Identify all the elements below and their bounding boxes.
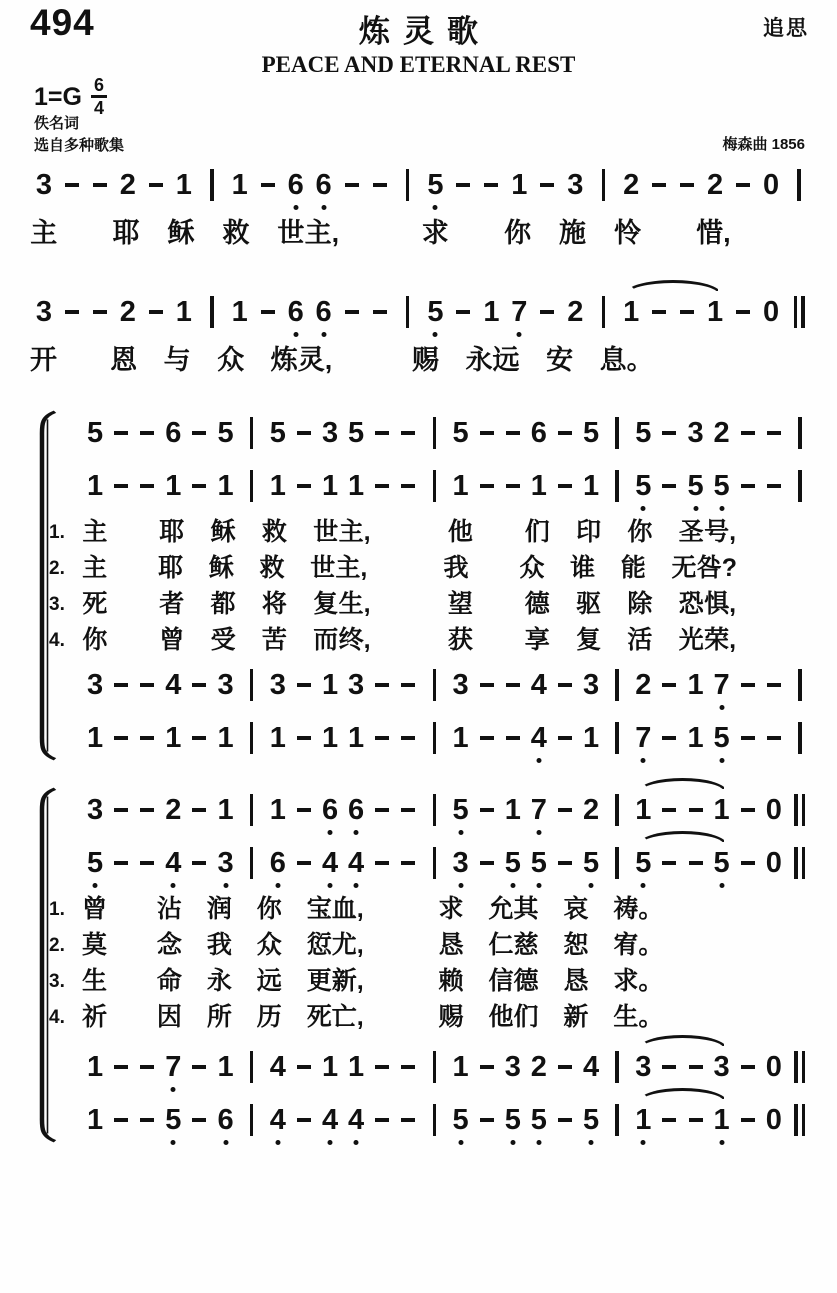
barline-stroke — [798, 470, 802, 502]
octave-dot — [354, 830, 359, 835]
note: 2 — [617, 171, 645, 200]
dash-mark — [680, 310, 694, 315]
octave-dot — [223, 1140, 228, 1145]
lyric-syllable: 息。 — [600, 347, 654, 374]
dash-mark — [192, 861, 206, 866]
barline — [787, 722, 813, 754]
octave-dot — [275, 1140, 280, 1145]
note: 3 — [448, 671, 474, 700]
dash-mark — [149, 183, 163, 188]
lyric-syllable: 圣 — [678, 520, 704, 545]
octave-dot — [589, 1140, 594, 1145]
lyric-syllable: 他 — [488, 1005, 513, 1030]
sustain-dash — [552, 1118, 578, 1123]
note: 3 — [82, 671, 108, 700]
lyric-syllable: 活 — [627, 628, 653, 653]
note: 2 — [114, 171, 142, 200]
lyric-syllable: 开 — [30, 347, 57, 374]
octave-dot — [536, 758, 541, 763]
lyric-syllable: 获 — [447, 628, 473, 653]
lyric-syllable: 们 — [513, 1005, 538, 1030]
barline — [421, 470, 447, 502]
note-low-octave: 5 — [500, 1106, 526, 1135]
sustain-dash — [366, 310, 394, 315]
sustain-dash — [108, 1118, 134, 1123]
octave-dot — [293, 205, 298, 210]
barline-stroke — [433, 669, 437, 701]
verse-block: 1.主耶稣救世主,他们印你圣号,2.主耶稣救世主,我众谁能无咎?3.死者都将复生… — [82, 517, 813, 656]
lyric-syllable: 哀 — [563, 897, 588, 922]
note: 1 — [578, 472, 604, 501]
lyric-line: 莫念我众愆尤,恳仁慈恕宥。 — [82, 930, 813, 961]
octave-dot — [171, 1140, 176, 1145]
barline-stroke — [433, 417, 437, 449]
lyric-syllable: 耶 — [159, 520, 185, 545]
note-low-octave: 4 — [343, 1106, 369, 1135]
barline-stroke — [406, 296, 410, 328]
notation-line: 1564445555110 — [82, 1103, 813, 1137]
dash-mark — [662, 808, 676, 813]
lyric-syllable: 求。 — [613, 969, 663, 994]
dash-mark — [456, 310, 470, 315]
barline — [239, 1051, 265, 1083]
lyric-syllable: 荣, — [704, 628, 736, 653]
note: 3 — [578, 671, 604, 700]
sustain-dash — [474, 861, 500, 866]
lyric-syllable: 众 — [519, 556, 544, 581]
meter-denominator: 4 — [91, 98, 107, 117]
dash-mark — [689, 808, 703, 813]
note: 1 — [82, 1106, 108, 1135]
sustain-dash — [552, 1065, 578, 1070]
octave-dot — [223, 883, 228, 888]
lyric-syllable: 沾 — [157, 897, 182, 922]
lyric-syllable: 新, — [332, 969, 364, 994]
meter-numerator: 6 — [91, 76, 107, 98]
sustain-dash — [656, 808, 682, 813]
dash-mark — [662, 683, 676, 688]
lyric-line: 主耶稣救世主,求你施怜惜, — [30, 215, 813, 251]
octave-dot — [641, 1140, 646, 1145]
note: 1 — [617, 298, 645, 327]
lyric-syllable: 众 — [217, 347, 244, 374]
lyric-syllable: 稣 — [167, 220, 194, 247]
lyric-syllable: 望 — [447, 592, 473, 617]
sustain-dash — [552, 808, 578, 813]
note-low-octave: 4 — [343, 849, 369, 878]
sustain-dash — [474, 736, 500, 741]
lyric-syllable: 曾 — [159, 628, 185, 653]
barline-stroke — [250, 847, 254, 879]
dash-mark — [401, 683, 415, 688]
sustain-dash — [134, 484, 160, 489]
octave-dot — [510, 1140, 515, 1145]
note: 3 — [561, 171, 589, 200]
dash-mark — [375, 1065, 389, 1070]
barline-stroke — [798, 669, 802, 701]
barline — [421, 794, 447, 826]
note: 6 — [160, 419, 186, 448]
sustain-dash — [395, 484, 421, 489]
barline-stroke — [433, 1051, 437, 1083]
note: 2 — [561, 298, 589, 327]
dash-mark — [140, 1065, 154, 1070]
octave-dot — [510, 883, 515, 888]
lyric-syllable: 赐 — [412, 347, 439, 374]
dash-mark — [114, 1065, 128, 1070]
dash-mark — [741, 861, 755, 866]
lyric-syllable: 救 — [262, 520, 288, 545]
dash-mark — [93, 183, 107, 188]
note: 2 — [578, 796, 604, 825]
note: 0 — [761, 1053, 787, 1082]
dash-mark — [662, 1118, 676, 1123]
sustain-dash — [474, 1118, 500, 1123]
dash-mark — [375, 808, 389, 813]
note-low-octave: 7 — [160, 1053, 186, 1082]
note: 3 — [682, 419, 708, 448]
dash-mark — [662, 1065, 676, 1070]
dash-mark — [506, 736, 520, 741]
dash-mark — [375, 1118, 389, 1123]
verse-line: 1.主耶稣救世主,他们印你圣号, — [82, 517, 813, 548]
lyric-syllable: 稣 — [209, 556, 234, 581]
octave-dot — [458, 1140, 463, 1145]
dash-mark — [297, 861, 311, 866]
note: 3 — [30, 298, 58, 327]
note: 1 — [213, 724, 239, 753]
dash-mark — [736, 310, 750, 315]
sustain-dash — [134, 431, 160, 436]
lyric-line: 主耶稣救世主,我众谁能无咎? — [82, 553, 813, 584]
dash-mark — [689, 1118, 703, 1123]
verse-number: 2. — [49, 558, 65, 580]
lyric-syllable: 怜 — [614, 220, 641, 247]
barline — [785, 169, 813, 201]
note: 1 — [505, 171, 533, 200]
lyric-syllable: 赖 — [439, 969, 464, 994]
sustain-dash — [449, 310, 477, 315]
lyric-syllable: 信 — [488, 969, 513, 994]
note: 1 — [317, 472, 343, 501]
lyric-syllable: 主 — [82, 520, 108, 545]
octave-dot — [171, 883, 176, 888]
note: 1 — [448, 472, 474, 501]
dash-mark — [558, 431, 572, 436]
sustain-dash — [291, 1065, 317, 1070]
sustain-dash — [134, 861, 160, 866]
verse-line: 4.你曾受苦而终,获享复活光荣, — [82, 625, 813, 656]
barline-stroke — [250, 794, 254, 826]
sustain-dash — [761, 431, 787, 436]
sustain-dash — [186, 736, 212, 741]
sustain-dash — [552, 431, 578, 436]
notation-line: 3211665172110 — [30, 295, 813, 329]
sustain-dash — [395, 431, 421, 436]
note-low-octave: 5 — [709, 472, 735, 501]
lyric-syllable: 我 — [207, 933, 232, 958]
note-low-octave: 5 — [421, 298, 449, 327]
lyric-syllable: 死 — [82, 592, 108, 617]
dash-mark — [297, 431, 311, 436]
dash-mark — [140, 484, 154, 489]
note-low-octave: 5 — [82, 849, 108, 878]
sustain-dash — [735, 861, 761, 866]
lyric-syllable: 恳 — [439, 933, 464, 958]
lower-voices: 17141113243301564445555110 — [82, 1050, 813, 1137]
note: 4 — [160, 671, 186, 700]
sustain-dash — [86, 310, 114, 315]
dash-mark — [680, 183, 694, 188]
barline — [239, 722, 265, 754]
note: 3 — [265, 671, 291, 700]
lyric-syllable: 恳 — [563, 969, 588, 994]
sustain-dash — [186, 484, 212, 489]
barline-stroke — [802, 1051, 806, 1083]
lower-voices: 343313343217111111141715 — [82, 668, 813, 755]
sustain-dash — [656, 1118, 682, 1123]
note: 1 — [226, 298, 254, 327]
octave-dot — [693, 506, 698, 511]
lyric-line: 主耶稣救世主,他们印你圣号, — [82, 517, 813, 548]
note-low-octave: 5 — [682, 472, 708, 501]
lyric-syllable: 享 — [524, 628, 550, 653]
octave-dot — [275, 883, 280, 888]
barline-stroke — [615, 794, 619, 826]
lyric-syllable: 我 — [443, 556, 468, 581]
dash-mark — [140, 861, 154, 866]
sheet-music-page: 494 炼灵歌 追思 PEACE AND ETERNAL REST 1=G64 … — [0, 0, 837, 1293]
barline-stroke — [802, 1104, 806, 1136]
sustain-dash — [291, 736, 317, 741]
sustain-dash — [500, 683, 526, 688]
sustain-dash — [291, 484, 317, 489]
lyric-line: 你曾受苦而终,获享复活光荣, — [82, 625, 813, 656]
dash-mark — [558, 484, 572, 489]
note: 1 — [526, 472, 552, 501]
octave-dot — [458, 883, 463, 888]
sustain-dash — [142, 310, 170, 315]
verse-line: 1.曾沾润你宝血,求允其哀祷。 — [82, 894, 813, 925]
note: 3 — [30, 171, 58, 200]
note-low-octave: 5 — [421, 171, 449, 200]
octave-dot — [589, 883, 594, 888]
music-content: 321166513220主耶稣救世主,求你施怜惜,3211665172110开恩… — [0, 168, 837, 1137]
note: 1 — [170, 171, 198, 200]
sustain-dash — [761, 484, 787, 489]
dash-mark — [484, 183, 498, 188]
dash-mark — [401, 736, 415, 741]
sustain-dash — [291, 683, 317, 688]
note: 1 — [160, 472, 186, 501]
dash-mark — [375, 736, 389, 741]
dash-mark — [192, 808, 206, 813]
notation-line: 565535565532 — [82, 416, 813, 450]
lyric-syllable: 莫 — [82, 933, 107, 958]
lyric-syllable: 命 — [157, 969, 182, 994]
sustain-dash — [735, 1118, 761, 1123]
barline — [421, 722, 447, 754]
dash-mark — [140, 431, 154, 436]
lyric-syllable: 你 — [504, 220, 531, 247]
sustain-dash — [682, 1118, 708, 1123]
lyric-line: 曾沾润你宝血,求允其哀祷。 — [82, 894, 813, 925]
note: 2 — [701, 171, 729, 200]
barline — [239, 417, 265, 449]
dash-mark — [741, 431, 755, 436]
sustain-dash — [474, 808, 500, 813]
note: 3 — [630, 1053, 656, 1082]
barline-stroke — [615, 1051, 619, 1083]
sustain-dash — [645, 310, 673, 315]
dash-mark — [375, 861, 389, 866]
dash-mark — [93, 310, 107, 315]
octave-dot — [321, 332, 326, 337]
dash-mark — [506, 431, 520, 436]
note-low-octave: 6 — [343, 796, 369, 825]
dash-mark — [297, 683, 311, 688]
barline — [589, 296, 617, 328]
sustain-dash — [735, 736, 761, 741]
lyric-syllable: 永 — [207, 969, 232, 994]
sustain-dash — [369, 484, 395, 489]
octave-dot — [536, 1140, 541, 1145]
dash-mark — [506, 484, 520, 489]
sustain-dash — [369, 1118, 395, 1123]
sustain-dash — [186, 1065, 212, 1070]
sustain-dash — [474, 484, 500, 489]
barline-stroke — [802, 847, 806, 879]
lyric-syllable: 历 — [257, 1005, 282, 1030]
sustain-dash — [186, 431, 212, 436]
dash-mark — [741, 484, 755, 489]
choral-system: 5655355655321111111115551.主耶稣救世主,他们印你圣号,… — [36, 416, 813, 755]
note: 4 — [526, 671, 552, 700]
lyric-syllable: 世 — [313, 520, 339, 545]
dash-mark — [456, 183, 470, 188]
note: 1 — [213, 472, 239, 501]
note: 1 — [343, 724, 369, 753]
note: 0 — [761, 849, 787, 878]
verse-number: 3. — [49, 594, 65, 616]
note: 5 — [265, 419, 291, 448]
dash-mark — [741, 1065, 755, 1070]
barline — [604, 1104, 630, 1136]
sustain-dash — [291, 861, 317, 866]
note: 1 — [578, 724, 604, 753]
octave-dot — [641, 758, 646, 763]
verse-number: 1. — [49, 522, 65, 544]
verse-line: 2.主耶稣救世主,我众谁能无咎? — [82, 553, 813, 584]
barline-stroke — [210, 169, 214, 201]
barline-stroke — [615, 847, 619, 879]
barline-stroke — [798, 417, 802, 449]
sustain-dash — [108, 861, 134, 866]
sustain-dash — [395, 1065, 421, 1070]
lyric-syllable: 都 — [210, 592, 236, 617]
sustain-dash — [134, 808, 160, 813]
barline — [787, 417, 813, 449]
dash-mark — [558, 1065, 572, 1070]
lyric-syllable: 能 — [621, 556, 646, 581]
lyric-line: 祈因所历死亡,赐他们新生。 — [82, 1002, 813, 1033]
sustain-dash — [656, 1065, 682, 1070]
sustain-dash — [58, 183, 86, 188]
dash-mark — [345, 183, 359, 188]
dash-mark — [373, 183, 387, 188]
sustain-dash — [369, 861, 395, 866]
note: 1 — [160, 724, 186, 753]
sustain-dash — [108, 808, 134, 813]
dash-mark — [652, 310, 666, 315]
sustain-dash — [474, 431, 500, 436]
dash-mark — [767, 736, 781, 741]
sustain-dash — [673, 310, 701, 315]
dash-mark — [65, 310, 79, 315]
dash-mark — [375, 484, 389, 489]
notation-line: 111111141715 — [82, 721, 813, 755]
sustain-dash — [735, 484, 761, 489]
dash-mark — [480, 683, 494, 688]
note-low-octave: 4 — [526, 724, 552, 753]
lyric-syllable: 咎? — [697, 556, 737, 581]
lyric-syllable: 们 — [524, 520, 550, 545]
note: 3 — [343, 671, 369, 700]
sustain-dash — [186, 861, 212, 866]
barline-stroke — [250, 1104, 254, 1136]
lyric-syllable: 世 — [277, 220, 304, 247]
dash-mark — [480, 736, 494, 741]
barline — [239, 669, 265, 701]
octave-dot — [458, 830, 463, 835]
sustain-dash — [369, 683, 395, 688]
sustain-dash — [338, 310, 366, 315]
dash-mark — [297, 808, 311, 813]
lyric-syllable: 安 — [546, 347, 573, 374]
note: 3 — [82, 796, 108, 825]
octave-dot — [354, 883, 359, 888]
note-low-octave: 5 — [709, 724, 735, 753]
dash-mark — [140, 683, 154, 688]
lyric-syllable: 你 — [257, 897, 282, 922]
octave-dot — [719, 758, 724, 763]
final-barline — [787, 1051, 813, 1083]
sustain-dash — [552, 683, 578, 688]
sustain-dash — [366, 183, 394, 188]
lyric-syllable: 复 — [313, 592, 339, 617]
dash-mark — [558, 683, 572, 688]
note: 1 — [701, 298, 729, 327]
sustain-dash — [682, 808, 708, 813]
note-low-octave: 5 — [448, 796, 474, 825]
sustain-dash — [552, 736, 578, 741]
note-low-octave: 4 — [317, 849, 343, 878]
source-credit: 选自多种歌集 — [34, 134, 124, 155]
octave-dot — [719, 506, 724, 511]
barline-stroke — [794, 847, 798, 879]
dash-mark — [401, 1065, 415, 1070]
lyric-syllable: 亡, — [332, 1005, 364, 1030]
octave-dot — [328, 883, 333, 888]
verse-number: 2. — [49, 935, 65, 957]
barline — [198, 169, 226, 201]
note-low-octave: 7 — [709, 671, 735, 700]
lyric-syllable: 主, — [335, 556, 367, 581]
sustain-dash — [477, 183, 505, 188]
sustain-dash — [500, 484, 526, 489]
note-low-octave: 3 — [213, 849, 239, 878]
dash-mark — [297, 1118, 311, 1123]
